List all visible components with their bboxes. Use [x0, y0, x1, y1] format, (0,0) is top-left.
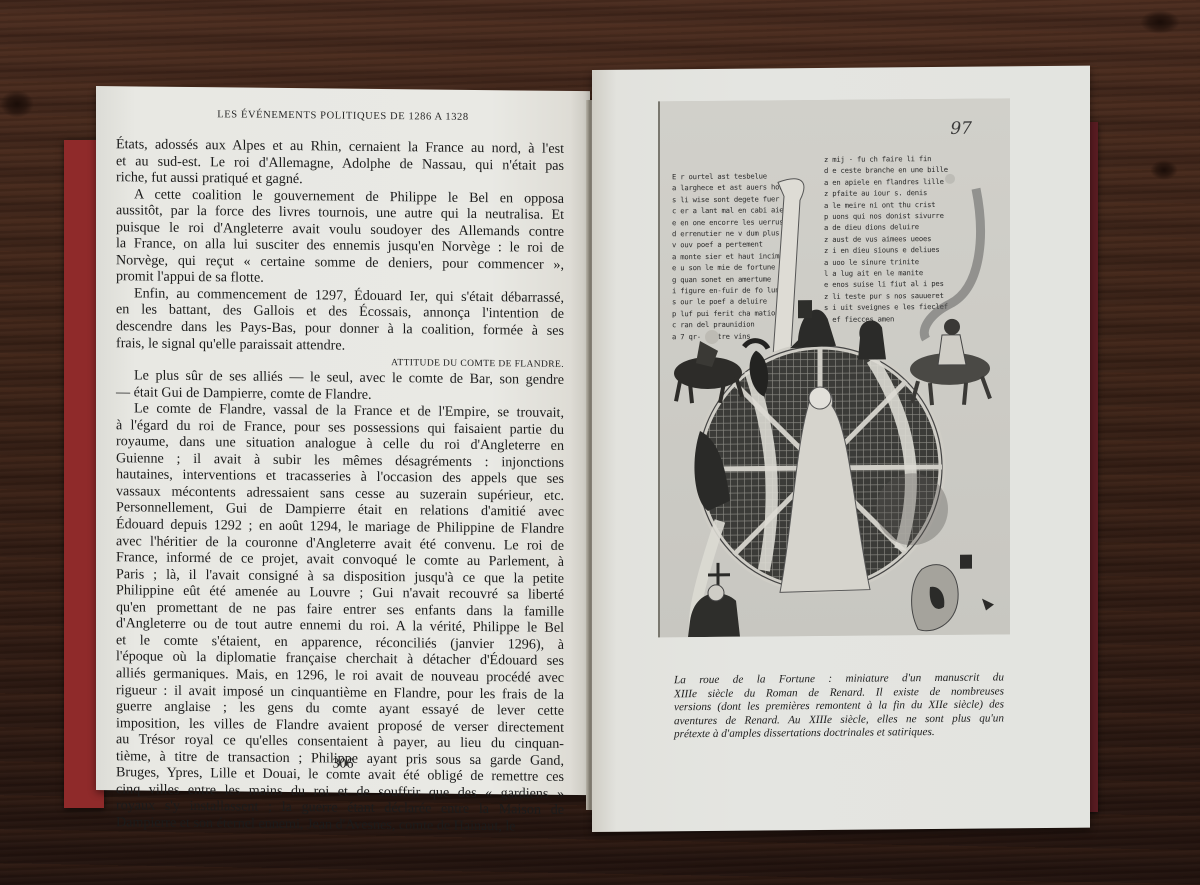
- paragraph: États, adossés aux Alpes et au Rhin, cer…: [116, 136, 564, 190]
- wood-knot: [1150, 160, 1178, 180]
- left-page-body: États, adossés aux Alpes et au Rhin, cer…: [116, 136, 564, 835]
- text-line: Dampierre et son éternel ennemi, Jean d'…: [116, 814, 564, 835]
- right-page: 97 E r ourtel ast tesbeluea larghece et …: [592, 66, 1090, 832]
- running-head: LES ÉVÉNEMENTS POLITIQUES DE 1286 A 1328: [96, 108, 590, 124]
- paragraph: Le plus sûr de ses alliés — le seul, ave…: [116, 367, 564, 405]
- wood-knot: [1140, 10, 1180, 34]
- left-page: LES ÉVÉNEMENTS POLITIQUES DE 1286 A 1328…: [96, 86, 590, 795]
- paragraph: Enfin, au commencement de 1297, Édouard …: [116, 285, 564, 356]
- paragraph: A cette coalition le gouvernement de Phi…: [116, 186, 564, 290]
- plate-caption: La roue de la Fortune : miniature d'un m…: [674, 671, 1004, 742]
- caption-line: prétexte à d'amples dissertations doctri…: [674, 726, 1004, 742]
- wheel-of-fortune-illustration: [660, 98, 1010, 637]
- wood-knot: [0, 90, 34, 118]
- manuscript-plate: 97 E r ourtel ast tesbeluea larghece et …: [658, 98, 1010, 637]
